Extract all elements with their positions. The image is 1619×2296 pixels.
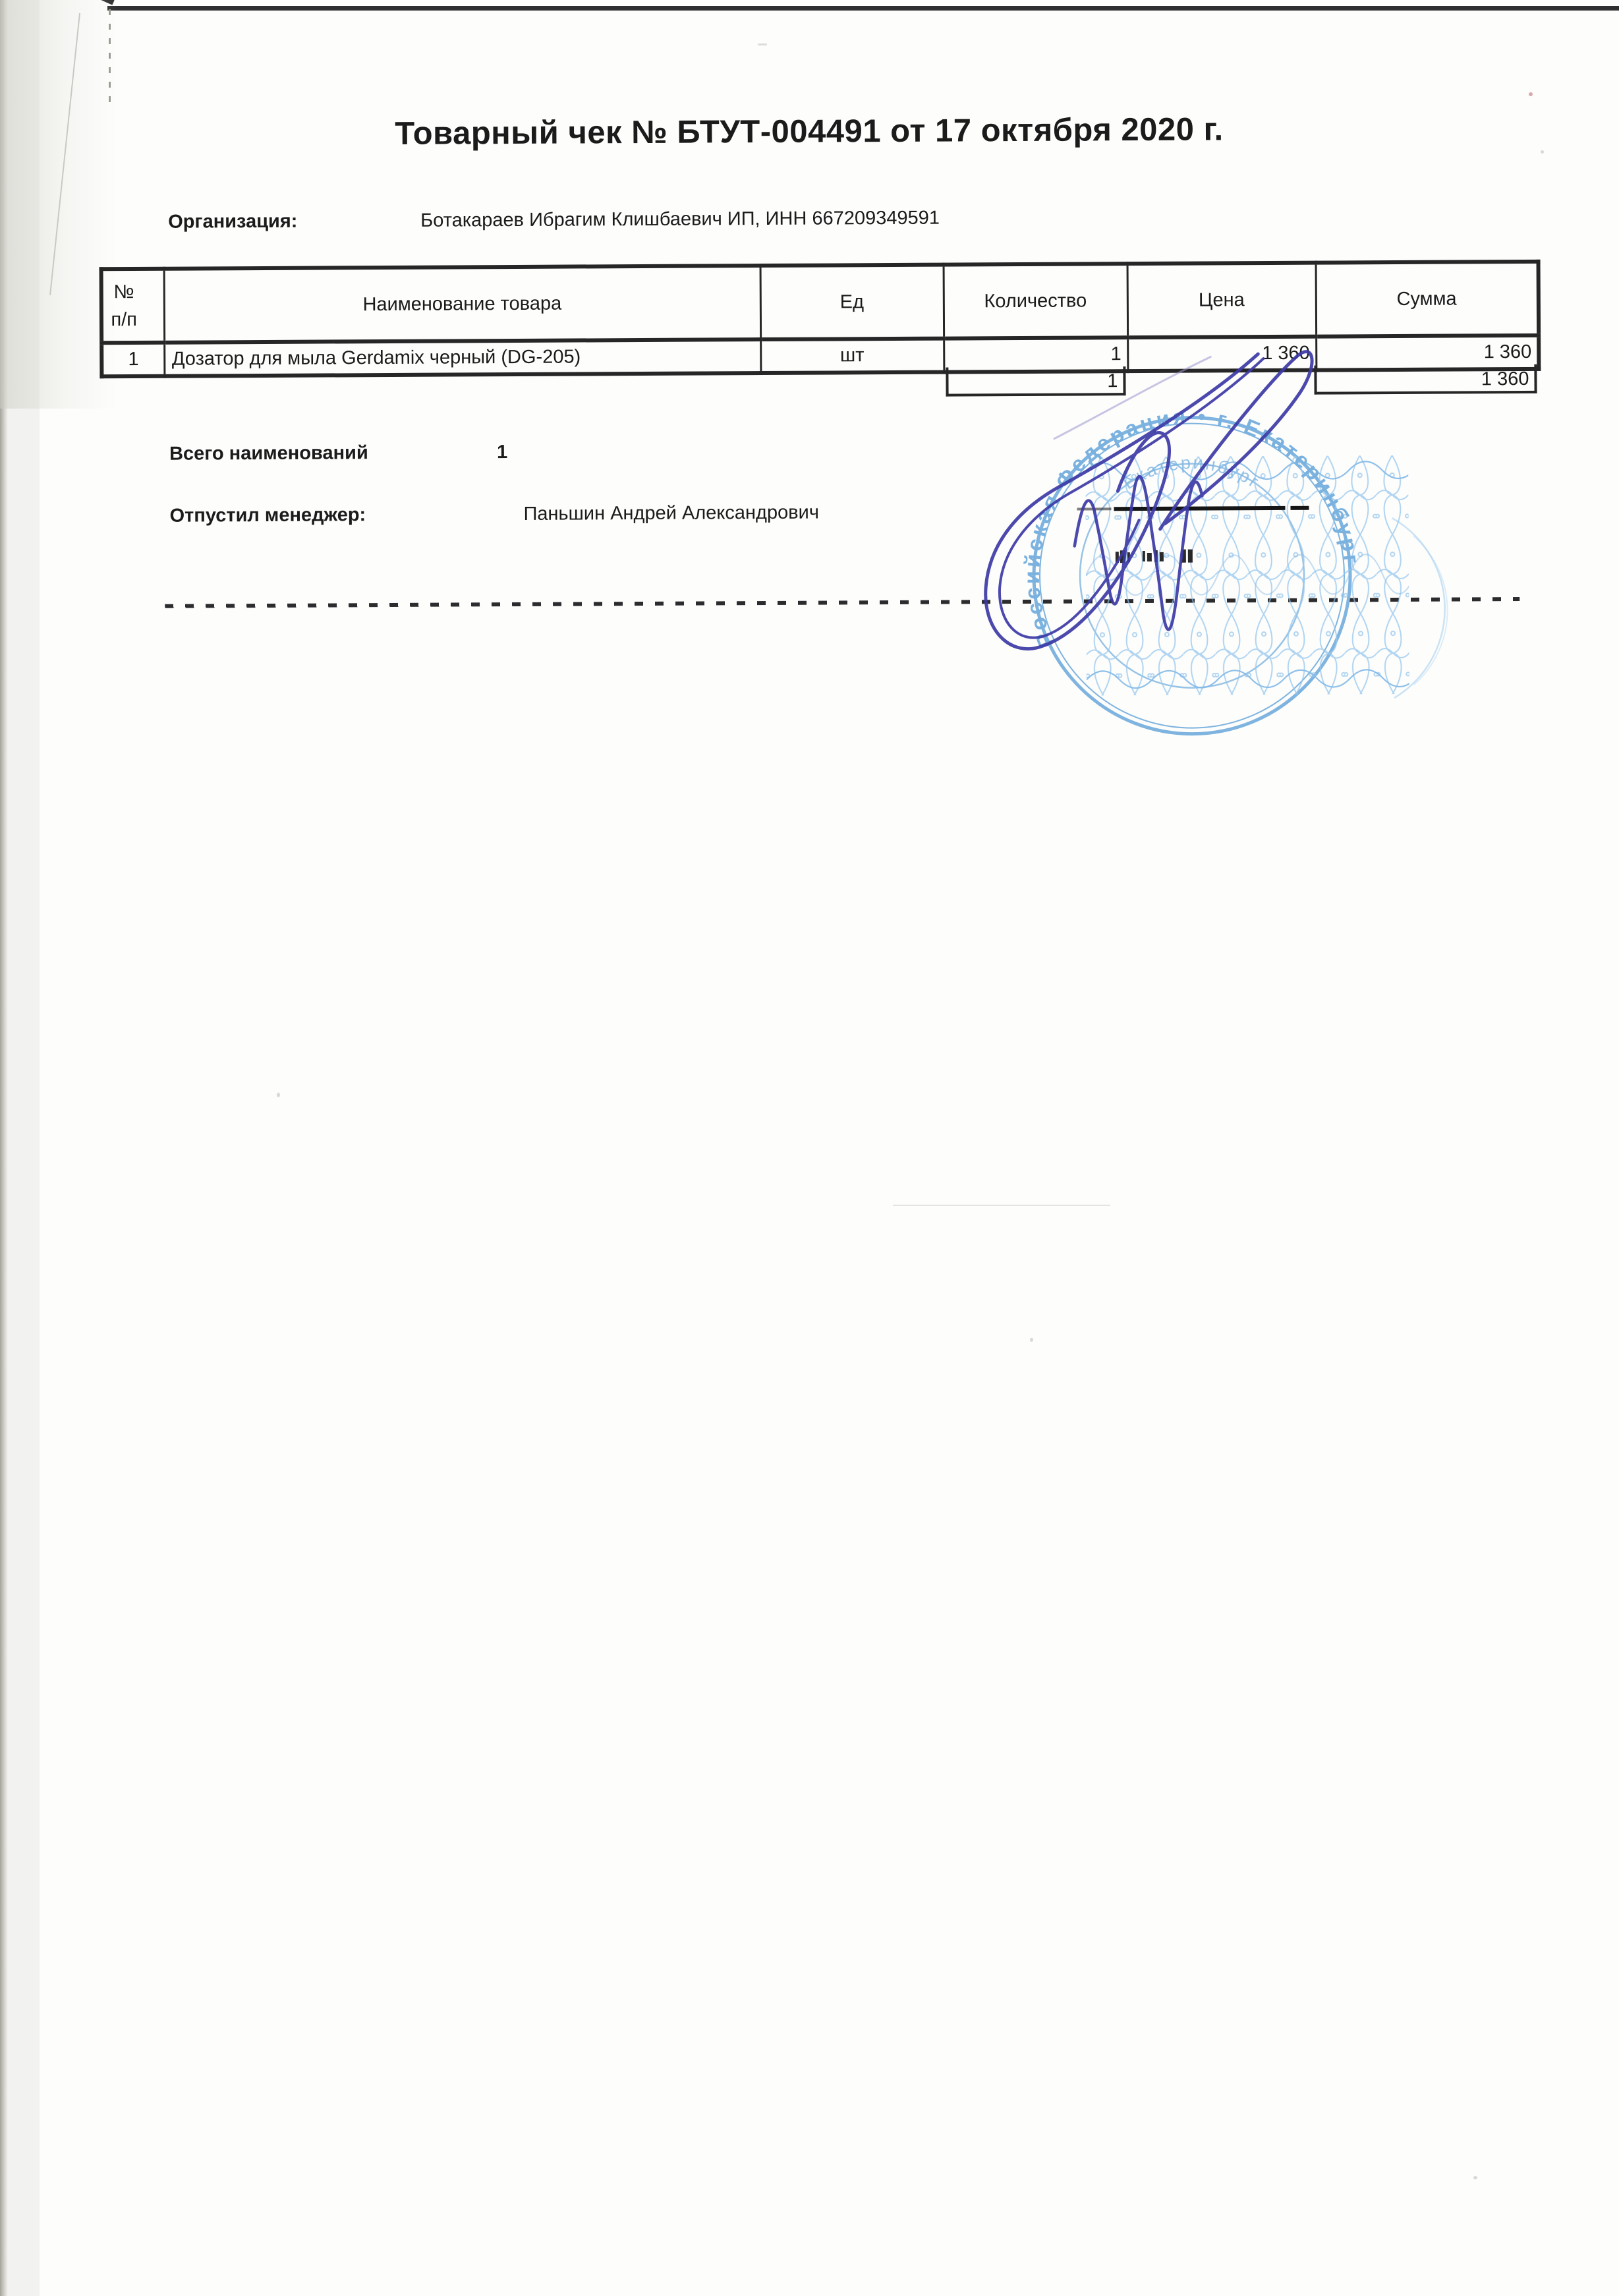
stamp: Российская Федерация • г. Екатеринбург Е… [1019,403,1448,735]
pen-signature [984,352,1314,649]
stamp-inner-text: Екатеринбург [1120,452,1264,493]
scanned-receipt-page: Товарный чек № БТУТ-004491 от 17 октября… [0,0,1619,2296]
printed-signature-line [1077,506,1309,511]
manager-label: Отпустил менеджер: [169,504,366,527]
col-header-unit: Ед [760,265,944,339]
stamp-and-signature: Российская Федерация • г. Екатеринбург Е… [936,342,1452,761]
total-items-value: 1 [497,442,507,463]
print-smudge-marks [1116,550,1193,563]
col-header-sum: Сумма [1316,262,1539,337]
col-header-quantity: Количество [944,264,1128,338]
organization-value: Ботакараев Ибрагим Клишбаевич ИП, ИНН 66… [420,208,940,232]
stamp-guilloche-band [1085,455,1409,696]
svg-text:Российская Федерация • г. Ек: Российская Федерация • г. Екатеринбург [1019,403,1365,651]
table-header-row: № п/п Наименование товара Ед Количество … [101,262,1539,343]
cell-unit: шт [760,339,944,373]
items-table: № п/п Наименование товара Ед Количество … [99,260,1541,378]
organization-label: Организация: [168,211,297,233]
svg-text:Екатеринбург: Екатеринбург [1120,452,1264,493]
receipt-title: Товарный чек № БТУТ-004491 от 17 октября… [0,109,1619,154]
cell-item-name: Дозатор для мыла Gerdamix черный (DG-205… [164,339,760,376]
cell-price: 1 360 [1127,337,1316,371]
manager-value: Паньшин Андрей Александрович [523,502,819,525]
receipt-document: Товарный чек № БТУТ-004491 от 17 октября… [0,0,1619,2296]
col-header-num: № п/п [101,269,165,343]
total-sum-box: 1 360 [1314,364,1537,395]
total-items-label: Всего наименований [169,442,368,465]
stamp-ring-text: Российская Федерация • г. Екатеринбург [1019,403,1365,651]
cell-row-number: 1 [101,343,164,376]
dashed-cut-line [165,597,1520,608]
col-header-name: Наименование товара [164,266,761,343]
total-quantity-box: 1 [946,366,1125,396]
col-header-price: Цена [1127,263,1317,337]
